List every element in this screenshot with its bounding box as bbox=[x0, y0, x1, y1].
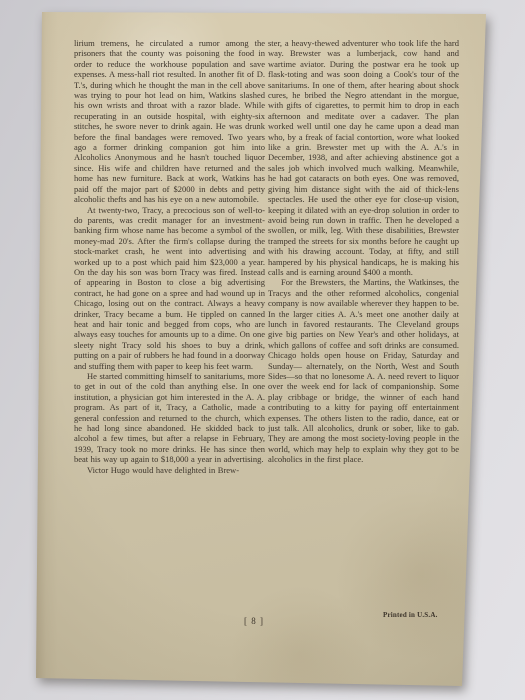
paragraph: lirium tremens, he circulated a rumor am… bbox=[74, 38, 265, 205]
printed-in-usa-note: Printed in U.S.A. bbox=[383, 611, 438, 619]
scan-background: lirium tremens, he circulated a rumor am… bbox=[0, 0, 525, 700]
paragraph: At twenty-two, Tracy, a precocious son o… bbox=[74, 205, 265, 372]
text-column-right: ster, a heavy-thewed adventurer who took… bbox=[268, 38, 459, 465]
paper-shadow-wrapper: lirium tremens, he circulated a rumor am… bbox=[0, 0, 525, 700]
scanned-page: lirium tremens, he circulated a rumor am… bbox=[0, 0, 525, 700]
paragraph: He started committing himself to sanitar… bbox=[74, 371, 265, 465]
text-column-left: lirium tremens, he circulated a rumor am… bbox=[74, 38, 265, 475]
page-number: [ 8 ] bbox=[222, 616, 286, 626]
paragraph: Victor Hugo would have delighted in Brew… bbox=[74, 465, 265, 475]
paragraph: ster, a heavy-thewed adventurer who took… bbox=[268, 38, 459, 277]
paragraph: For the Brewsters, the Martins, the Watk… bbox=[268, 277, 459, 464]
